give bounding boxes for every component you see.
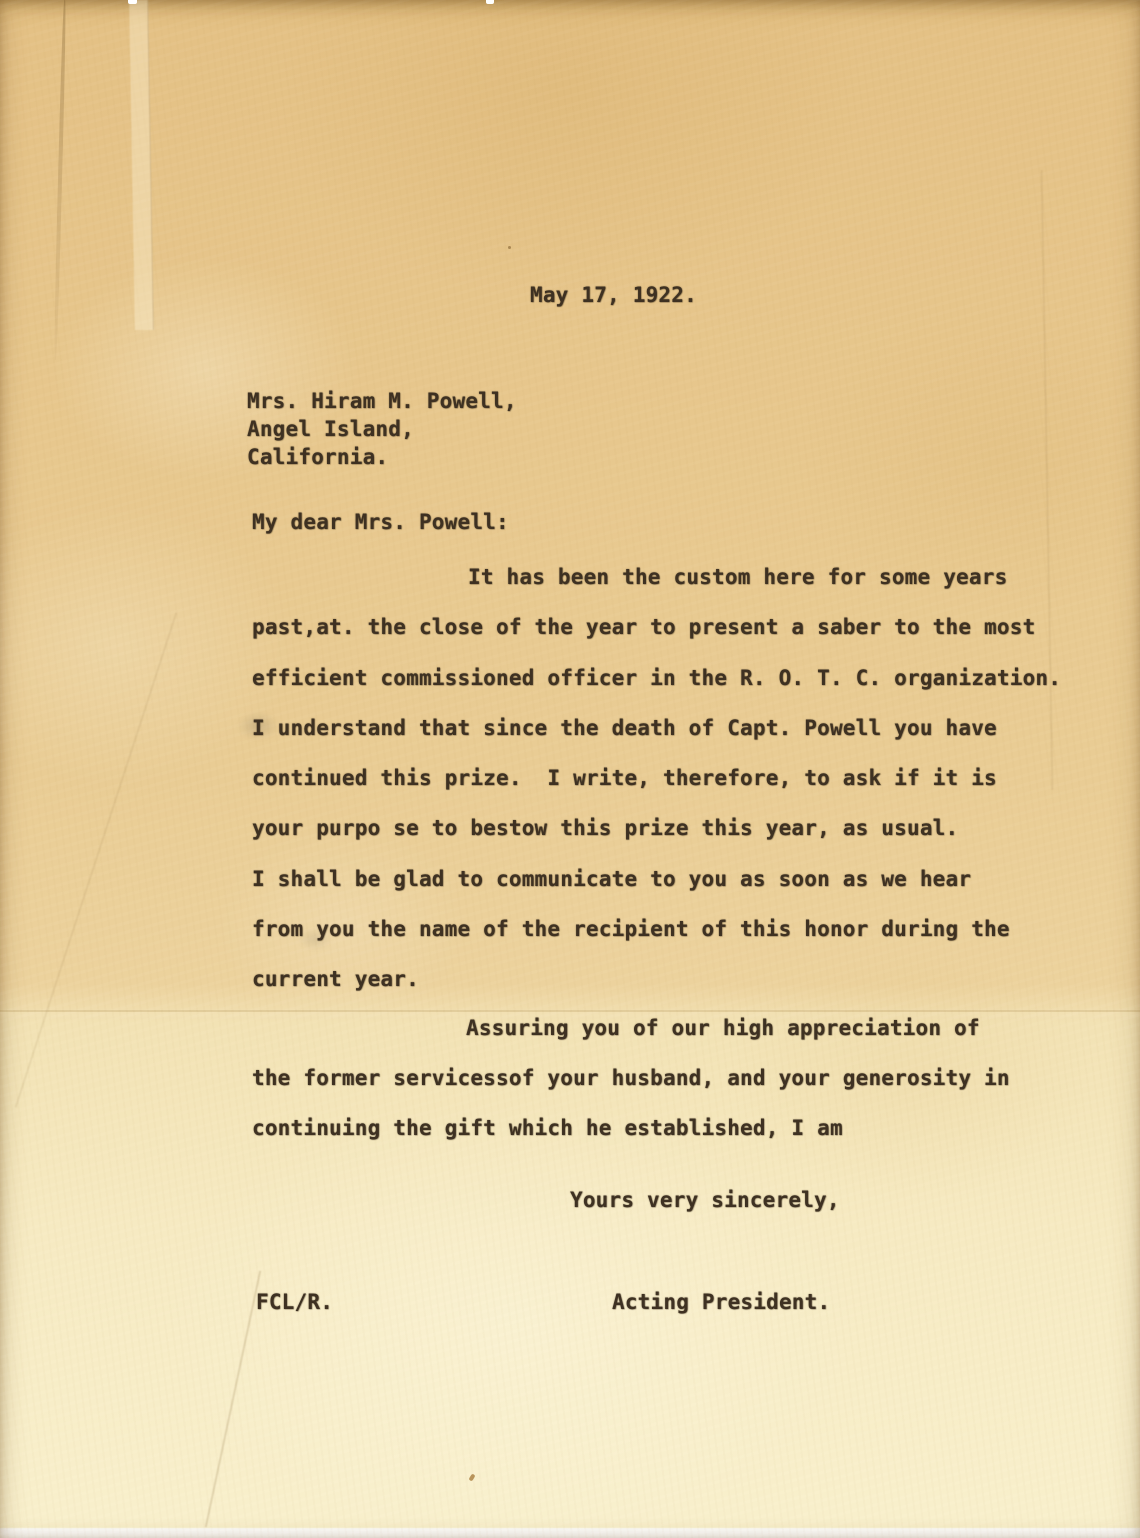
paper-crease [129,0,154,330]
scan-edge-notch [128,0,137,4]
body-line: past,at. the close of the year to presen… [252,613,1035,641]
body-line: current year. [252,965,419,993]
paper-crease [1041,170,1054,790]
paper-speck [468,1473,475,1481]
salutation: My dear Mrs. Powell: [252,508,509,536]
letter-date: May 17, 1922. [530,281,697,309]
paper-fold-line [0,1010,1140,1012]
body-line: I shall be glad to communicate to you as… [252,865,971,893]
recipient-address-line: Angel Island, [247,415,414,443]
body-line: continued this prize. I write, therefore… [252,764,997,792]
scan-edge-notch [486,0,494,4]
paper-crease [53,0,66,360]
body-line: Assuring you of our high appreciation of [466,1014,980,1042]
paper-crease [205,1271,261,1528]
body-line: the former servicessof your husband, and… [252,1064,1010,1092]
body-line: efficient commissioned officer in the R.… [252,664,1061,692]
recipient-address-line: California. [247,443,388,471]
body-line: your purpo se to bestow this prize this … [252,814,958,842]
body-line: It has been the custom here for some yea… [468,563,1007,591]
typist-initials: FCL/R. [256,1288,333,1316]
closing: Yours very sincerely, [570,1186,840,1214]
body-line: I understand that since the death of Cap… [252,714,997,742]
paper-speck [508,246,511,249]
body-line: continuing the gift which he established… [252,1114,843,1142]
recipient-name: Mrs. Hiram M. Powell, [247,387,517,415]
paper-crease [15,612,178,1107]
scanned-letter-page: May 17, 1922. Mrs. Hiram M. Powell, Ange… [0,0,1140,1538]
signature-title: Acting President. [612,1288,830,1316]
body-line: from you the name of the recipient of th… [252,915,1010,943]
